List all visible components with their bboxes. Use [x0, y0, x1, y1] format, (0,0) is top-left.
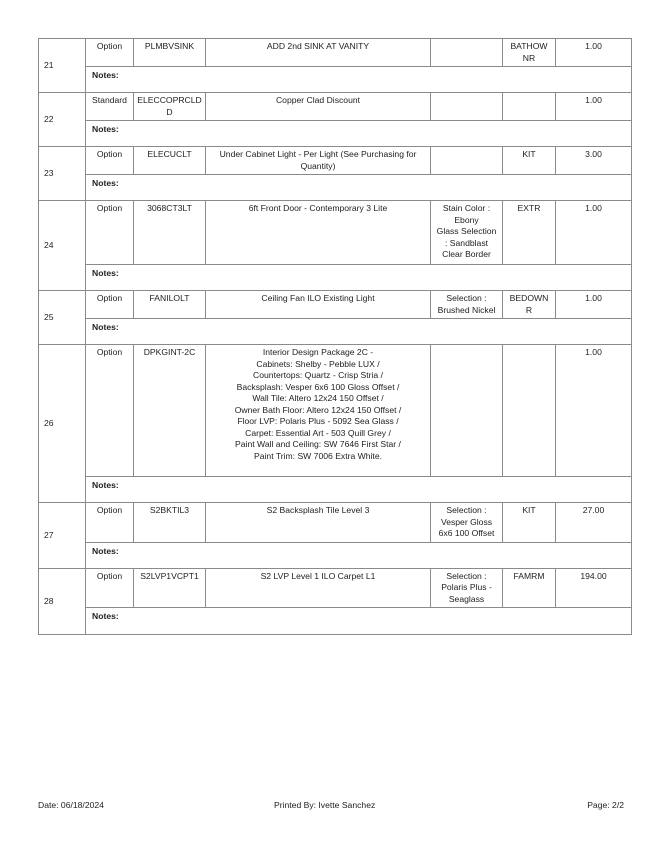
item-location: KIT	[503, 147, 556, 175]
item-description: Under Cabinet Light - Per Light (See Pur…	[206, 147, 431, 175]
line-number: 23	[39, 147, 86, 201]
item-description: Copper Clad Discount	[206, 93, 431, 121]
item-selection	[431, 345, 503, 477]
item-selection: Selection : Brushed Nickel	[431, 291, 503, 319]
print-date: Date: 06/18/2024	[38, 800, 104, 810]
notes-row: Notes:	[39, 319, 632, 345]
item-description: Interior Design Package 2C - Cabinets: S…	[206, 345, 431, 477]
table-row: 24Option3068CT3LT6ft Front Door - Contem…	[39, 201, 632, 265]
item-location: FAMRM	[503, 568, 556, 608]
item-quantity: 1.00	[556, 93, 632, 121]
notes-label: Notes:	[86, 121, 632, 147]
options-table: 21OptionPLMBVSINKADD 2nd SINK AT VANITYB…	[38, 38, 632, 635]
item-selection: Selection : Vesper Gloss 6x6 100 Offset	[431, 503, 503, 543]
table-row: 22StandardELECCOPRCLD DCopper Clad Disco…	[39, 93, 632, 121]
page-number: Page: 2/2	[587, 800, 624, 810]
notes-row: Notes:	[39, 121, 632, 147]
item-quantity: 27.00	[556, 503, 632, 543]
item-description: 6ft Front Door - Contemporary 3 Lite	[206, 201, 431, 265]
line-number: 21	[39, 39, 86, 93]
item-description: S2 Backsplash Tile Level 3	[206, 503, 431, 543]
item-selection: Selection : Polaris Plus - Seaglass	[431, 568, 503, 608]
item-code: S2LVP1VCPT1	[134, 568, 206, 608]
notes-label: Notes:	[86, 265, 632, 291]
table-row: 27OptionS2BKTIL3S2 Backsplash Tile Level…	[39, 503, 632, 543]
item-quantity: 1.00	[556, 291, 632, 319]
table-row: 28OptionS2LVP1VCPT1S2 LVP Level 1 ILO Ca…	[39, 568, 632, 608]
item-code: DPKGINT-2C	[134, 345, 206, 477]
item-code: S2BKTIL3	[134, 503, 206, 543]
item-code: ELECCOPRCLD D	[134, 93, 206, 121]
item-location	[503, 345, 556, 477]
notes-row: Notes:	[39, 265, 632, 291]
line-number: 24	[39, 201, 86, 291]
notes-label: Notes:	[86, 67, 632, 93]
item-location	[503, 93, 556, 121]
line-number: 28	[39, 568, 86, 635]
item-location: BATHOW NR	[503, 39, 556, 67]
line-number: 26	[39, 345, 86, 503]
item-type: Option	[86, 147, 134, 175]
printed-by: Printed By: Ivette Sanchez	[274, 800, 375, 810]
item-location: BEDOWN R	[503, 291, 556, 319]
item-quantity: 1.00	[556, 39, 632, 67]
table-row: 25OptionFANILOLTCeiling Fan ILO Existing…	[39, 291, 632, 319]
line-number: 27	[39, 503, 86, 569]
notes-label: Notes:	[86, 175, 632, 201]
item-type: Option	[86, 201, 134, 265]
notes-row: Notes:	[39, 542, 632, 568]
item-code: ELECUCLT	[134, 147, 206, 175]
item-quantity: 3.00	[556, 147, 632, 175]
table-row: 21OptionPLMBVSINKADD 2nd SINK AT VANITYB…	[39, 39, 632, 67]
notes-label: Notes:	[86, 477, 632, 503]
notes-label: Notes:	[86, 319, 632, 345]
item-code: PLMBVSINK	[134, 39, 206, 67]
item-selection	[431, 93, 503, 121]
item-description: ADD 2nd SINK AT VANITY	[206, 39, 431, 67]
page-footer: Date: 06/18/2024 Printed By: Ivette Sanc…	[38, 800, 631, 814]
notes-row: Notes:	[39, 67, 632, 93]
item-quantity: 194.00	[556, 568, 632, 608]
item-type: Option	[86, 568, 134, 608]
item-code: FANILOLT	[134, 291, 206, 319]
item-description: S2 LVP Level 1 ILO Carpet L1	[206, 568, 431, 608]
item-type: Option	[86, 503, 134, 543]
item-quantity: 1.00	[556, 201, 632, 265]
item-location: EXTR	[503, 201, 556, 265]
notes-row: Notes:	[39, 175, 632, 201]
notes-row: Notes:	[39, 477, 632, 503]
item-code: 3068CT3LT	[134, 201, 206, 265]
notes-row: Notes:	[39, 608, 632, 635]
item-description: Ceiling Fan ILO Existing Light	[206, 291, 431, 319]
notes-label: Notes:	[86, 542, 632, 568]
item-selection: Stain Color : Ebony Glass Selection : Sa…	[431, 201, 503, 265]
item-type: Option	[86, 345, 134, 477]
item-selection	[431, 147, 503, 175]
item-quantity: 1.00	[556, 345, 632, 477]
item-type: Standard	[86, 93, 134, 121]
line-number: 22	[39, 93, 86, 147]
item-selection	[431, 39, 503, 67]
item-type: Option	[86, 291, 134, 319]
table-row: 23OptionELECUCLTUnder Cabinet Light - Pe…	[39, 147, 632, 175]
table-row: 26OptionDPKGINT-2CInterior Design Packag…	[39, 345, 632, 477]
item-location: KIT	[503, 503, 556, 543]
line-number: 25	[39, 291, 86, 345]
item-type: Option	[86, 39, 134, 67]
notes-label: Notes:	[86, 608, 632, 635]
